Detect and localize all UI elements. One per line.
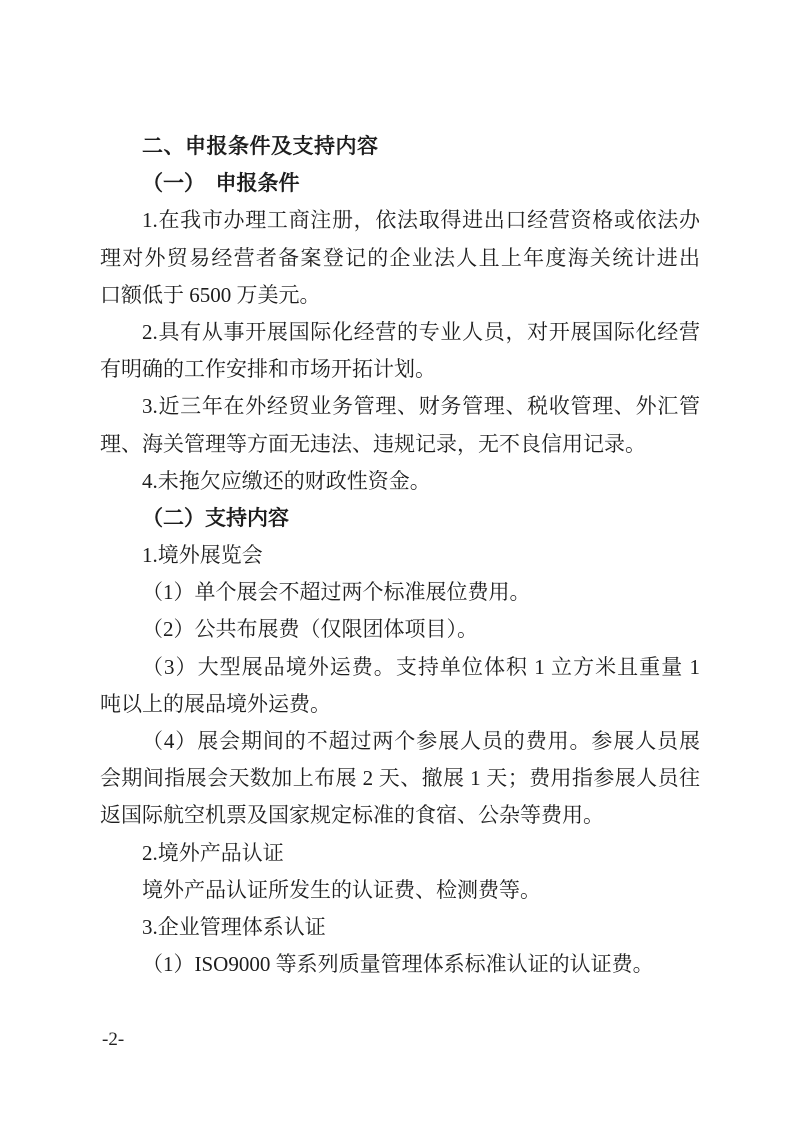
condition-1-line-1: 1.在我市办理工商注册，依法取得进出口经营资格或依法办 [100,202,700,239]
item-1-sub-3-line-1: （3）大型展品境外运费。支持单位体积 1 立方米且重量 1 [100,649,700,686]
page-number: -2- [102,1028,124,1052]
item-1-sub-4-line-3: 返国际航空机票及国家规定标准的食宿、公杂等费用。 [100,797,700,834]
document-body: 二、申报条件及支持内容 （一） 申报条件 1.在我市办理工商注册，依法取得进出口… [100,128,700,983]
condition-2-line-2: 有明确的工作安排和市场开拓计划。 [100,351,700,388]
document-page: 二、申报条件及支持内容 （一） 申报条件 1.在我市办理工商注册，依法取得进出口… [0,0,793,1122]
item-2-overseas-product-certification: 2.境外产品认证 [100,835,700,872]
item-1-sub-1: （1）单个展会不超过两个标准展位费用。 [100,574,700,611]
condition-4-line-1: 4.未拖欠应缴还的财政性资金。 [100,463,700,500]
condition-3-line-1: 3.近三年在外经贸业务管理、财务管理、税收管理、外汇管 [100,388,700,425]
item-2-description: 境外产品认证所发生的认证费、检测费等。 [100,872,700,909]
item-1-sub-3-line-2: 吨以上的展品境外运费。 [100,686,700,723]
condition-3-line-2: 理、海关管理等方面无违法、违规记录，无不良信用记录。 [100,426,700,463]
item-1-sub-2: （2）公共布展费（仅限团体项目）。 [100,611,700,648]
condition-1-line-2: 理对外贸易经营者备案登记的企业法人且上年度海关统计进出 [100,240,700,277]
heading-section: 二、申报条件及支持内容 [100,128,700,165]
item-3-sub-1: （1）ISO9000 等系列质量管理体系标准认证的认证费。 [100,946,700,983]
heading-sub-application-conditions: （一） 申报条件 [100,165,700,202]
item-1-sub-4-line-1: （4）展会期间的不超过两个参展人员的费用。参展人员展 [100,723,700,760]
item-1-sub-4-line-2: 会期间指展会天数加上布展 2 天、撤展 1 天；费用指参展人员往 [100,760,700,797]
heading-sub-support-content: （二）支持内容 [100,500,700,537]
condition-2-line-1: 2.具有从事开展国际化经营的专业人员，对开展国际化经营 [100,314,700,351]
item-3-management-system-certification: 3.企业管理体系认证 [100,909,700,946]
condition-1-line-3: 口额低于 6500 万美元。 [100,277,700,314]
item-1-overseas-exhibitions: 1.境外展览会 [100,537,700,574]
